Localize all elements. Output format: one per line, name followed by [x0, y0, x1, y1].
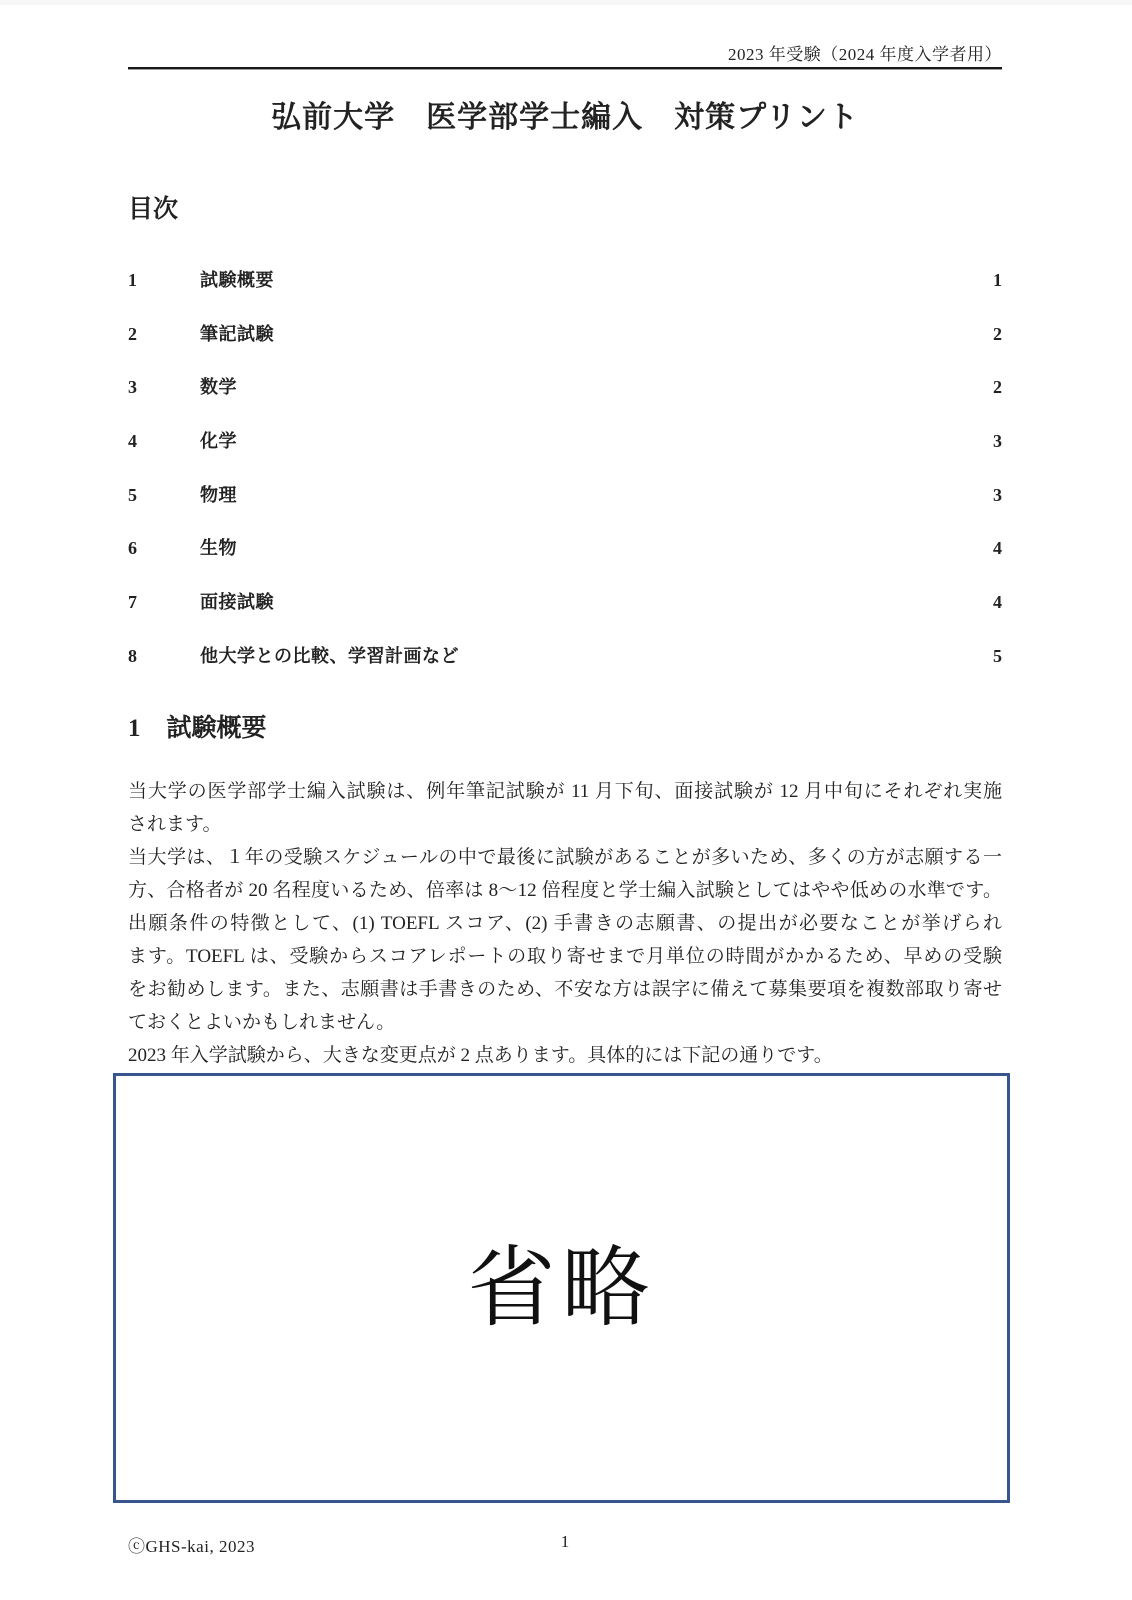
body-line: 出願条件の特徴として、(1) TOEFL スコア、(2) 手書きの志願書、の提出…: [128, 907, 1002, 940]
document-title: 弘前大学 医学部学士編入 対策プリント: [128, 92, 1002, 136]
header-rule-divider: [128, 67, 1002, 70]
body-line: 方、合格者が 20 名程度いるため、倍率は 8～12 倍程度と学士編入試験として…: [128, 874, 1002, 907]
page-top-edge: [0, 0, 1132, 5]
toc-item-label: 生物: [200, 534, 993, 560]
toc-item-number: 3: [128, 377, 200, 398]
toc-heading: 目次: [128, 189, 178, 225]
footer-copyright: ⓒGHS-kai, 2023: [128, 1532, 255, 1557]
toc-item-page: 4: [993, 538, 1002, 559]
toc-row-math: 3 数学 2: [128, 373, 1002, 427]
toc-row-biology: 6 生物 4: [128, 534, 1002, 588]
body-text: 当大学の医学部学士編入試験は、例年筆記試験が 11 月下旬、面接試験が 12 月…: [128, 775, 1002, 1072]
body-line: ておくとよいかもしれません。: [128, 1006, 1002, 1039]
footer-page-number: 1: [128, 1532, 1002, 1552]
body-line: ます。TOEFL は、受験からスコアレポートの取り寄せまで月単位の時間がかかるた…: [128, 940, 1002, 973]
edition-note: 2023 年受験（2024 年度入学者用）: [128, 40, 1002, 65]
toc-row-written-exam: 2 筆記試験 2: [128, 320, 1002, 374]
toc-row-comparison-plan: 8 他大学との比較、学習計画など 5: [128, 642, 1002, 696]
toc-item-label: 他大学との比較、学習計画など: [200, 642, 993, 668]
toc-item-label: 物理: [200, 481, 993, 507]
toc-item-label: 筆記試験: [200, 320, 993, 346]
toc-item-page: 4: [993, 592, 1002, 613]
section-heading: 1試験概要: [128, 708, 267, 744]
toc-item-page: 2: [993, 324, 1002, 345]
section-title: 試験概要: [167, 714, 267, 742]
toc-row-interview: 7 面接試験 4: [128, 588, 1002, 642]
toc-item-number: 7: [128, 592, 200, 613]
toc-item-label: 面接試験: [200, 588, 993, 614]
toc-item-label: 化学: [200, 427, 993, 453]
body-line: をお勧めします。また、志願書は手書きのため、不安な方は誤字に備えて募集要項を複数…: [128, 973, 1002, 1006]
toc-row-physics: 5 物理 3: [128, 481, 1002, 535]
omission-box: 省略: [113, 1073, 1010, 1503]
body-line: 当大学の医学部学士編入試験は、例年筆記試験が 11 月下旬、面接試験が 12 月…: [128, 775, 1002, 808]
body-line: されます。: [128, 808, 1002, 841]
toc-item-page: 3: [993, 431, 1002, 452]
page-footer: 1 ⓒGHS-kai, 2023: [128, 1532, 1002, 1556]
toc-item-number: 2: [128, 324, 200, 345]
body-line: 当大学は、１年の受験スケジュールの中で最後に試験があることが多いため、多くの方が…: [128, 841, 1002, 874]
toc-item-page: 3: [993, 485, 1002, 506]
toc-item-number: 4: [128, 431, 200, 452]
toc-item-number: 5: [128, 485, 200, 506]
toc-row-exam-overview: 1 試験概要 1: [128, 266, 1002, 320]
toc-item-number: 8: [128, 646, 200, 667]
section-number: 1: [128, 715, 141, 742]
toc-item-page: 1: [993, 270, 1002, 291]
table-of-contents: 1 試験概要 1 2 筆記試験 2 3 数学 2 4 化学 3 5 物理 3 6…: [128, 266, 1002, 696]
omission-label: 省略: [467, 1218, 655, 1344]
body-line: 2023 年入学試験から、大きな変更点が 2 点あります。具体的には下記の通りで…: [128, 1039, 1002, 1072]
toc-item-label: 試験概要: [200, 266, 993, 292]
toc-item-label: 数学: [200, 373, 993, 399]
toc-item-number: 1: [128, 270, 200, 291]
toc-row-chemistry: 4 化学 3: [128, 427, 1002, 481]
document-page: { "colors": { "box_border": "#37568e", "…: [0, 0, 1132, 1600]
toc-item-page: 5: [993, 646, 1002, 667]
toc-item-number: 6: [128, 538, 200, 559]
toc-item-page: 2: [993, 377, 1002, 398]
